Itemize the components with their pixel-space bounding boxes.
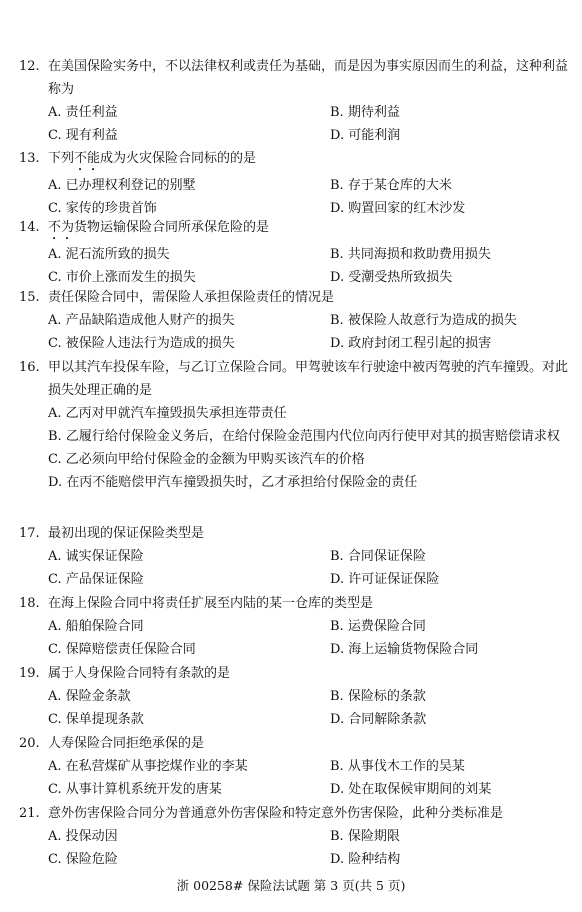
option-a: A. 诚实保证保险 — [48, 545, 144, 568]
option-d: D. 可能利润 — [330, 124, 400, 147]
option-c: C. 保障赔偿责任保险合同 — [48, 638, 196, 661]
question-stem: 意外伤害保险合同分为普通意外伤害保险和特定意外伤害保险，此种分类标准是 — [48, 802, 568, 825]
question-21: 21. 意外伤害保险合同分为普通意外伤害保险和特定意外伤害保险，此种分类标准是 … — [0, 802, 582, 871]
option-d: D. 处在取保候审期间的刘某 — [330, 778, 491, 801]
option-d: D. 许可证保证保险 — [330, 568, 439, 591]
question-stem: 甲以其汽车投保车险，与乙订立保险合同。甲驾驶该车行驶途中被丙驾驶的汽车撞毁。对此… — [48, 356, 568, 402]
option-d: D. 政府封闭工程引起的损害 — [330, 332, 491, 355]
option-a: A. 在私营煤矿从事挖煤作业的李某 — [48, 755, 248, 778]
question-14: 14. 不为货物运输保险合同所承保危险的是 A. 泥石流所致的损失 B. 共同海… — [0, 216, 582, 289]
option-d: D. 在丙不能赔偿甲汽车撞毁损失时，乙才承担给付保险金的责任 — [48, 471, 568, 494]
question-stem: 人寿保险合同拒绝承保的是 — [48, 732, 568, 755]
question-stem: 责任保险合同中，需保险人承担保险责任的情况是 — [48, 286, 568, 309]
question-17: 17. 最初出现的保证保险类型是 A. 诚实保证保险 B. 合同保证保险 C. … — [0, 522, 582, 591]
options: A. 已办理权利登记的别墅 B. 存于某仓库的大米 C. 家传的珍贵首饰 D. … — [48, 174, 582, 220]
options: A. 保险金条款 B. 保险标的条款 C. 保单提现条款 D. 合同解除条款 — [48, 685, 582, 731]
question-number: 12. — [19, 55, 47, 78]
option-b: B. 期待利益 — [330, 101, 400, 124]
emphasis-text: 不为 — [48, 220, 74, 235]
emphasis-text: 不能 — [74, 151, 100, 166]
option-b: B. 运费保险合同 — [330, 615, 426, 638]
option-b: B. 被保险人故意行为造成的损失 — [330, 309, 517, 332]
option-c: C. 从事计算机系统开发的唐某 — [48, 778, 222, 801]
option-d: D. 合同解除条款 — [330, 708, 426, 731]
options: A. 船舶保险合同 B. 运费保险合同 C. 保障赔偿责任保险合同 D. 海上运… — [48, 615, 582, 661]
question-stem: 在海上保险合同中将责任扩展至内陆的某一仓库的类型是 — [48, 592, 568, 615]
question-number: 20. — [19, 732, 47, 755]
option-c: C. 产品保证保险 — [48, 568, 144, 591]
question-20: 20. 人寿保险合同拒绝承保的是 A. 在私营煤矿从事挖煤作业的李某 B. 从事… — [0, 732, 582, 801]
question-number: 15. — [19, 286, 47, 309]
option-d: D. 险种结构 — [330, 848, 400, 871]
option-b: B. 存于某仓库的大米 — [330, 174, 452, 197]
option-a: A. 乙丙对甲就汽车撞毁损失承担连带责任 — [48, 402, 568, 425]
option-a: A. 保险金条款 — [48, 685, 131, 708]
options: A. 诚实保证保险 B. 合同保证保险 C. 产品保证保险 D. 许可证保证保险 — [48, 545, 582, 591]
option-a: A. 已办理权利登记的别墅 — [48, 174, 196, 197]
question-15: 15. 责任保险合同中，需保险人承担保险责任的情况是 A. 产品缺陷造成他人财产… — [0, 286, 582, 355]
question-stem: 不为货物运输保险合同所承保危险的是 — [48, 216, 568, 243]
question-number: 17. — [19, 522, 47, 545]
option-a: A. 投保动因 — [48, 825, 118, 848]
option-a: A. 产品缺陷造成他人财产的损失 — [48, 309, 235, 332]
option-b: B. 保险期限 — [330, 825, 400, 848]
option-c: C. 保单提现条款 — [48, 708, 144, 731]
options: A. 产品缺陷造成他人财产的损失 B. 被保险人故意行为造成的损失 C. 被保险… — [48, 309, 582, 355]
question-18: 18. 在海上保险合同中将责任扩展至内陆的某一仓库的类型是 A. 船舶保险合同 … — [0, 592, 582, 661]
options: A. 乙丙对甲就汽车撞毁损失承担连带责任 B. 乙履行给付保险金义务后，在给付保… — [48, 402, 582, 494]
option-b: B. 共同海损和救助费用损失 — [330, 243, 491, 266]
options: A. 投保动因 B. 保险期限 C. 保险危险 D. 险种结构 — [48, 825, 582, 871]
question-stem: 属于人身保险合同特有条款的是 — [48, 662, 568, 685]
question-16: 16. 甲以其汽车投保车险，与乙订立保险合同。甲驾驶该车行驶途中被丙驾驶的汽车撞… — [0, 356, 582, 494]
question-number: 14. — [19, 216, 47, 239]
question-number: 21. — [19, 802, 47, 825]
question-19: 19. 属于人身保险合同特有条款的是 A. 保险金条款 B. 保险标的条款 C.… — [0, 662, 582, 731]
option-a: A. 责任利益 — [48, 101, 118, 124]
option-c: C. 保险危险 — [48, 848, 118, 871]
option-b: B. 合同保证保险 — [330, 545, 426, 568]
exam-page: 12. 在美国保险实务中，不以法律权利或责任为基础，而是因为事实原因而生的利益，… — [0, 0, 582, 912]
option-a: A. 泥石流所致的损失 — [48, 243, 170, 266]
options: A. 在私营煤矿从事挖煤作业的李某 B. 从事伐木工作的吴某 C. 从事计算机系… — [48, 755, 582, 801]
question-stem: 下列不能成为火灾保险合同标的的是 — [48, 147, 568, 174]
options: A. 泥石流所致的损失 B. 共同海损和救助费用损失 C. 市价上涨而发生的损失… — [48, 243, 582, 289]
option-c: C. 被保险人违法行为造成的损失 — [48, 332, 235, 355]
option-c: C. 现有利益 — [48, 124, 118, 147]
option-b: B. 保险标的条款 — [330, 685, 426, 708]
option-b: B. 乙履行给付保险金义务后，在给付保险金范围内代位向丙行使甲对其的损害赔偿请求… — [48, 425, 568, 448]
options: A. 责任利益 B. 期待利益 C. 现有利益 D. 可能利润 — [48, 101, 582, 147]
question-number: 18. — [19, 592, 47, 615]
question-number: 19. — [19, 662, 47, 685]
option-c: C. 乙必须向甲给付保险金的金额为甲购买该汽车的价格 — [48, 448, 568, 471]
question-number: 16. — [19, 356, 47, 379]
option-d: D. 海上运输货物保险合同 — [330, 638, 478, 661]
page-footer: 浙 00258# 保险法试题 第 3 页(共 5 页) — [0, 876, 582, 894]
question-stem: 最初出现的保证保险类型是 — [48, 522, 568, 545]
question-13: 13. 下列不能成为火灾保险合同标的的是 A. 已办理权利登记的别墅 B. 存于… — [0, 147, 582, 220]
option-a: A. 船舶保险合同 — [48, 615, 144, 638]
question-stem: 在美国保险实务中，不以法律权利或责任为基础，而是因为事实原因而生的利益，这种利益… — [48, 55, 568, 101]
option-b: B. 从事伐木工作的吴某 — [330, 755, 465, 778]
question-number: 13. — [19, 147, 47, 170]
question-12: 12. 在美国保险实务中，不以法律权利或责任为基础，而是因为事实原因而生的利益，… — [0, 55, 582, 147]
